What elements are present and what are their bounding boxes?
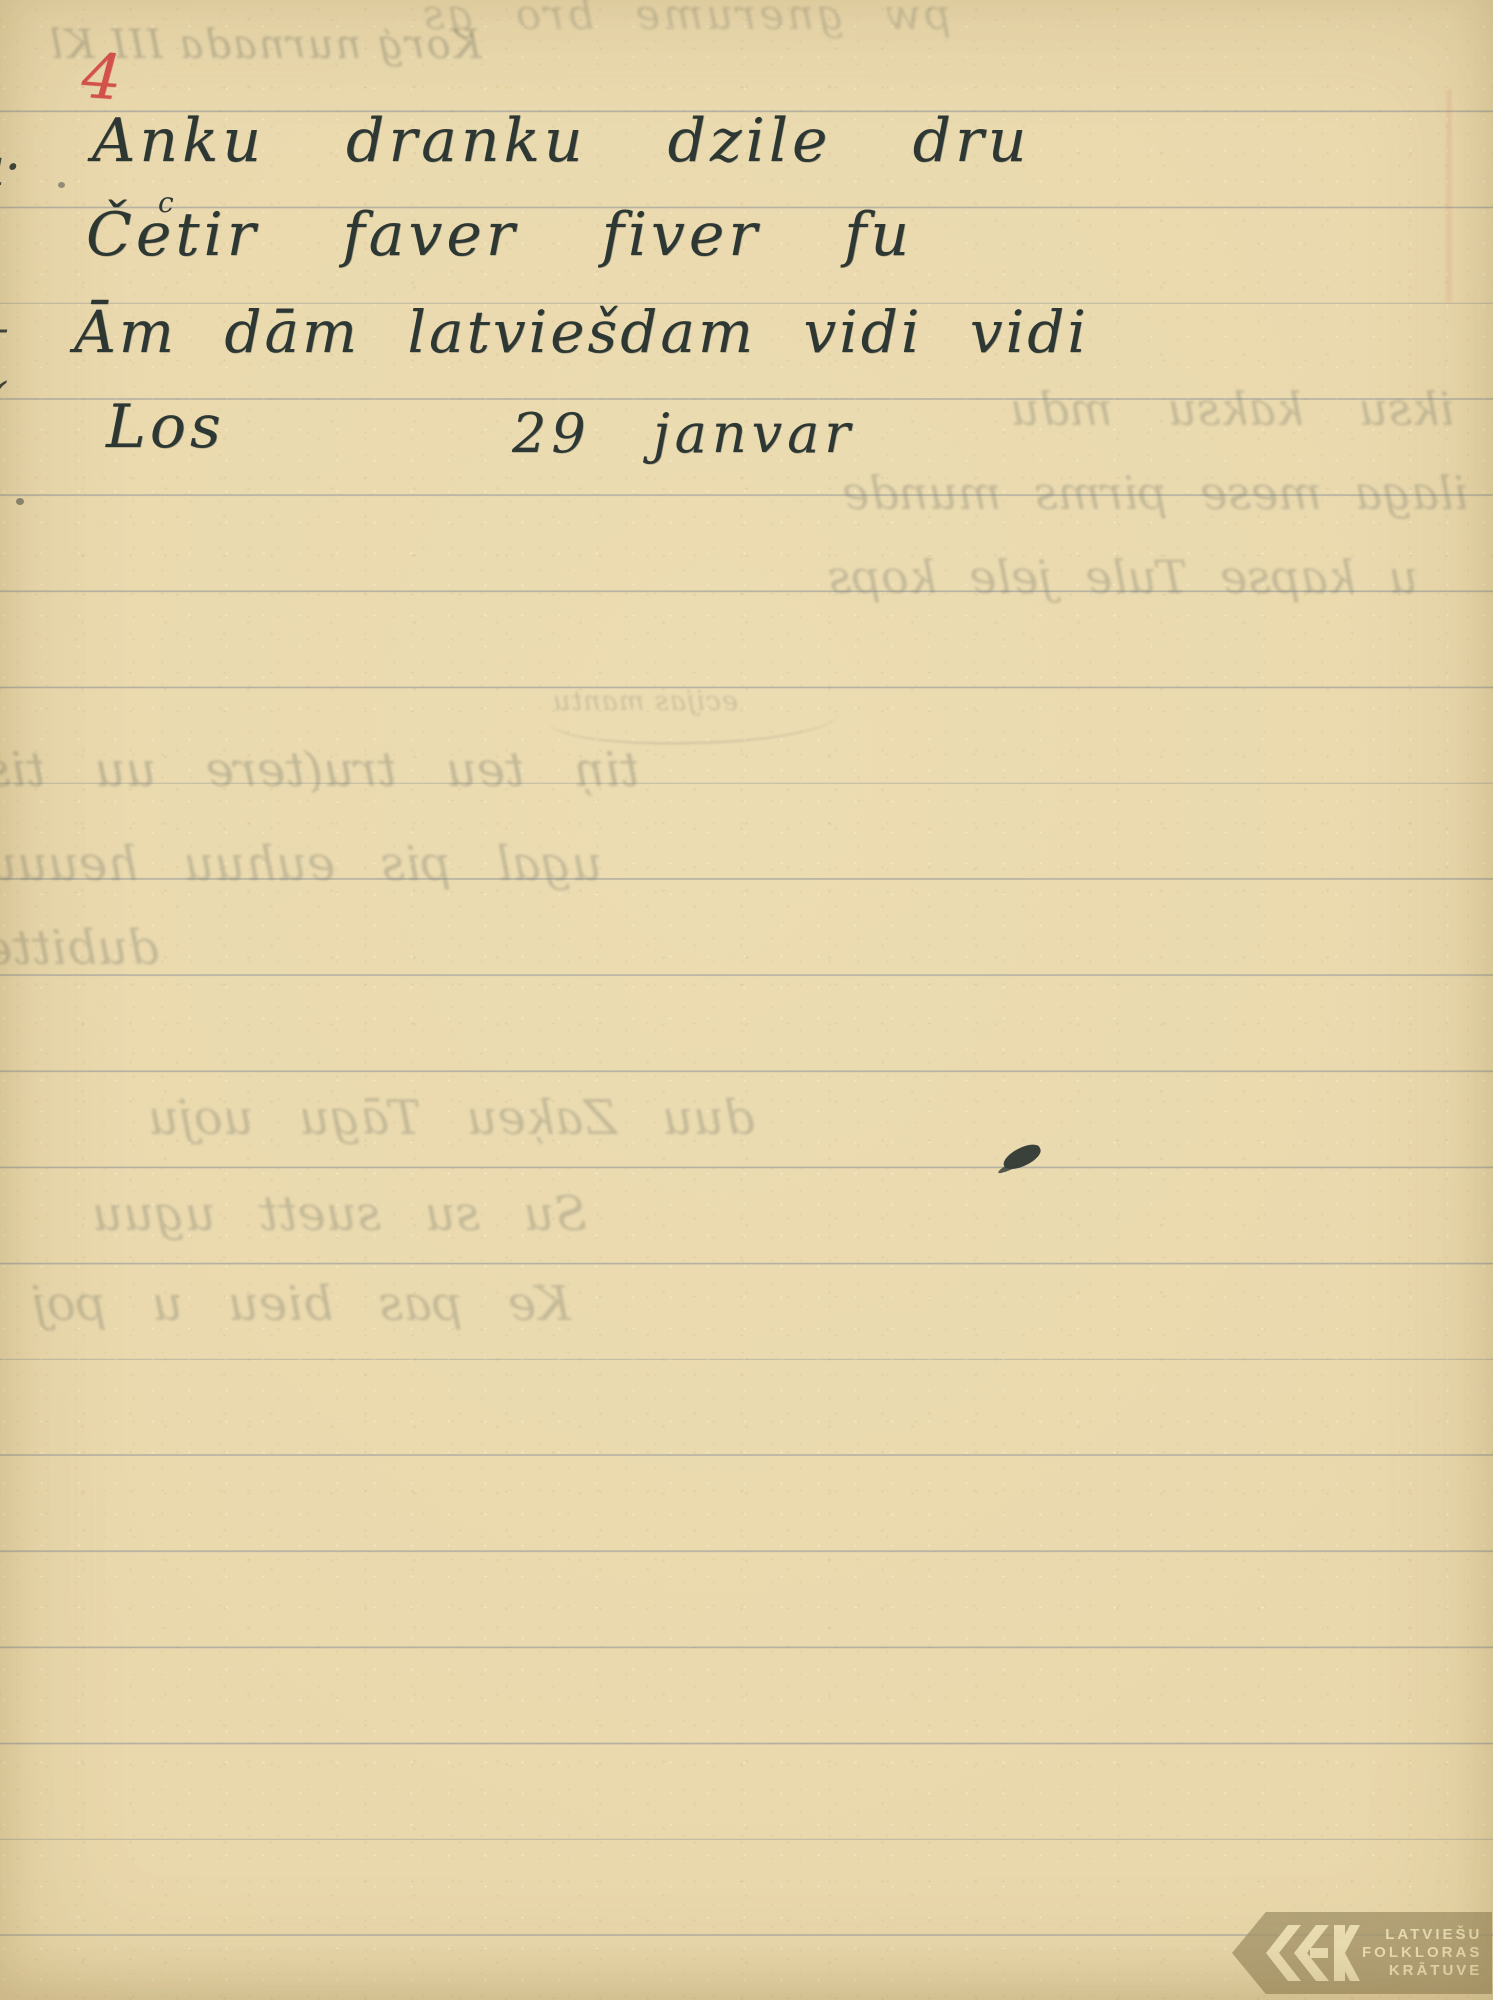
- ghost-text: pw gnerume bro gs: [420, 0, 951, 39]
- edge-ink-mark: (: [0, 372, 6, 437]
- handwritten-line-3: Ām dām latviešdam vidi vidi: [74, 298, 1089, 366]
- watermark-line: FOLKLORAS: [1362, 1944, 1482, 1962]
- watermark-text: LATVIEŠU FOLKLORAS KRĀTUVE: [1362, 1926, 1492, 1980]
- ghost-text: u kapse Tule jele kops: [828, 550, 1418, 604]
- page-number: 4: [80, 39, 124, 115]
- red-ink-bleed: [1447, 88, 1451, 303]
- ghost-text: duu Zaķeu Tāgu uoju: [148, 1090, 755, 1146]
- manuscript-page: Korģ nurnada III Kl pw gnerume bro gs ik…: [0, 0, 1493, 2000]
- handwritten-line-4-word: Los: [106, 392, 225, 462]
- edge-ink-mark: ı·: [0, 138, 21, 198]
- edge-ink-mark: –: [0, 300, 9, 354]
- ghost-text: Su su suett uguu: [92, 1186, 587, 1242]
- watermark-line: LATVIEŠU: [1362, 1926, 1482, 1944]
- watermark-line: KRĀTUVE: [1362, 1962, 1482, 1980]
- ink-dot: [16, 498, 24, 505]
- ghost-text: ilaga mese pirms munde: [842, 466, 1468, 520]
- handwritten-line-4-date: 29 janvar: [512, 402, 855, 465]
- ghost-text: Ke pas bieu u poj: [32, 1276, 571, 1332]
- handwritten-line-1: Anku dranku dzile dru: [92, 106, 1030, 176]
- ink-dot: [58, 182, 65, 188]
- archive-watermark: LATVIEŠU FOLKLORAS KRĀTUVE: [1232, 1912, 1492, 1994]
- ink-blot: [1000, 1141, 1044, 1174]
- ghost-text: ecijas mantu: [552, 686, 738, 717]
- ghost-text: iksu kaksu mdu: [1010, 382, 1454, 436]
- handwritten-line-2: Četir faver fiver fu: [86, 200, 913, 270]
- ghost-text: tiņ teu tru(tere uu tis: [0, 742, 639, 798]
- ghost-text: dubitte: [0, 920, 159, 976]
- lfk-monogram-icon: [1258, 1922, 1362, 1984]
- ghost-text: ugal pis euhuu heuuu: [0, 836, 602, 892]
